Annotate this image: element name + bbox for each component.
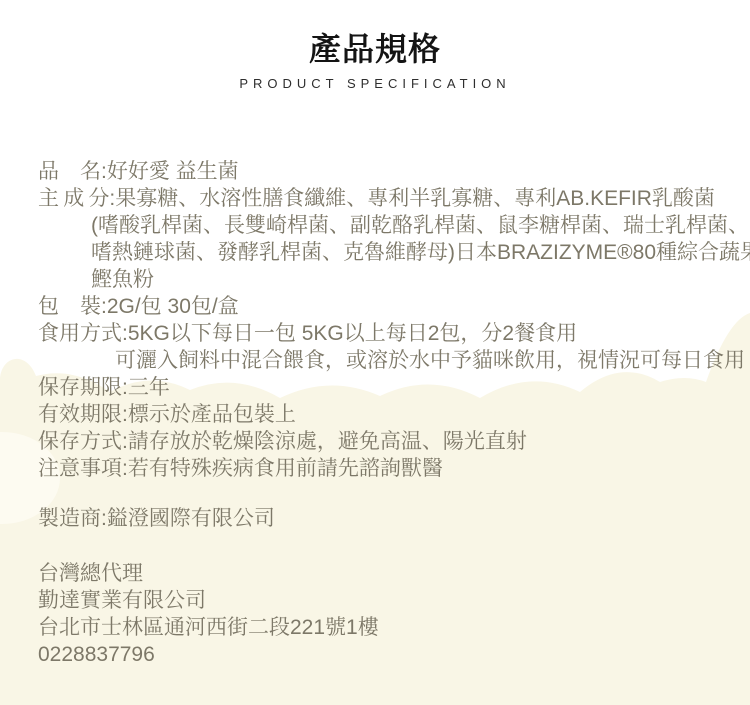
header: 產品規格 PRODUCT SPECIFICATION [0,33,750,90]
page-title: 產品規格 [0,33,750,65]
spec-line-caution: 注意事項:若有特殊疾病食用前請先諮詢獸醫 [38,455,750,482]
spec-line-product-name: 品 名:好好愛 益生菌 [38,158,750,185]
spec-line-ingredients-cont-3: 鰹魚粉 [38,266,750,293]
spec-line-feeding-cont: 可灑入飼料中混合餵食，或溶於水中予貓咪飲用，視情況可每日食用 [38,347,750,374]
manufacturer-line: 製造商:鎰澄國際有限公司 [38,505,750,532]
distributor-company: 勤達實業有限公司 [38,587,750,614]
product-spec-page: 產品規格 PRODUCT SPECIFICATION 品 名:好好愛 益生菌 主… [0,0,750,705]
distributor-block: 台灣總代理 勤達實業有限公司 台北市士林區通河西街二段221號1樓 022883… [38,560,750,668]
spec-line-ingredients: 主 成 分:果寡糖、水溶性膳食纖維、專利半乳寡糖、專利AB.KEFIR乳酸菌 [38,185,750,212]
spec-line-feeding: 食用方式:5KG以下每日一包 5KG以上每日2包，分2餐食用 [38,320,750,347]
spec-line-storage: 保存方式:請存放於乾燥陰涼處，避免高温、陽光直射 [38,428,750,455]
spec-line-ingredients-cont-1: (嗜酸乳桿菌、長雙崎桿菌、副乾酪乳桿菌、鼠李糖桿菌、瑞士乳桿菌、 [38,212,750,239]
spec-list: 品 名:好好愛 益生菌 主 成 分:果寡糖、水溶性膳食纖維、專利半乳寡糖、專利A… [38,158,750,668]
distributor-address: 台北市士林區通河西街二段221號1樓 [38,614,750,641]
spec-line-ingredients-cont-2: 嗜熱鏈球菌、發酵乳桿菌、克魯維酵母)日本BRAZIZYME®80種綜合蔬果酵素、 [38,239,750,266]
spec-line-packaging: 包 裝:2G/包 30包/盒 [38,293,750,320]
spec-line-shelf-life: 保存期限:三年 [38,374,750,401]
distributor-title: 台灣總代理 [38,560,750,587]
distributor-phone: 0228837796 [38,641,750,668]
spec-line-expiry: 有效期限:標示於產品包裝上 [38,401,750,428]
page-subtitle: PRODUCT SPECIFICATION [0,77,750,90]
